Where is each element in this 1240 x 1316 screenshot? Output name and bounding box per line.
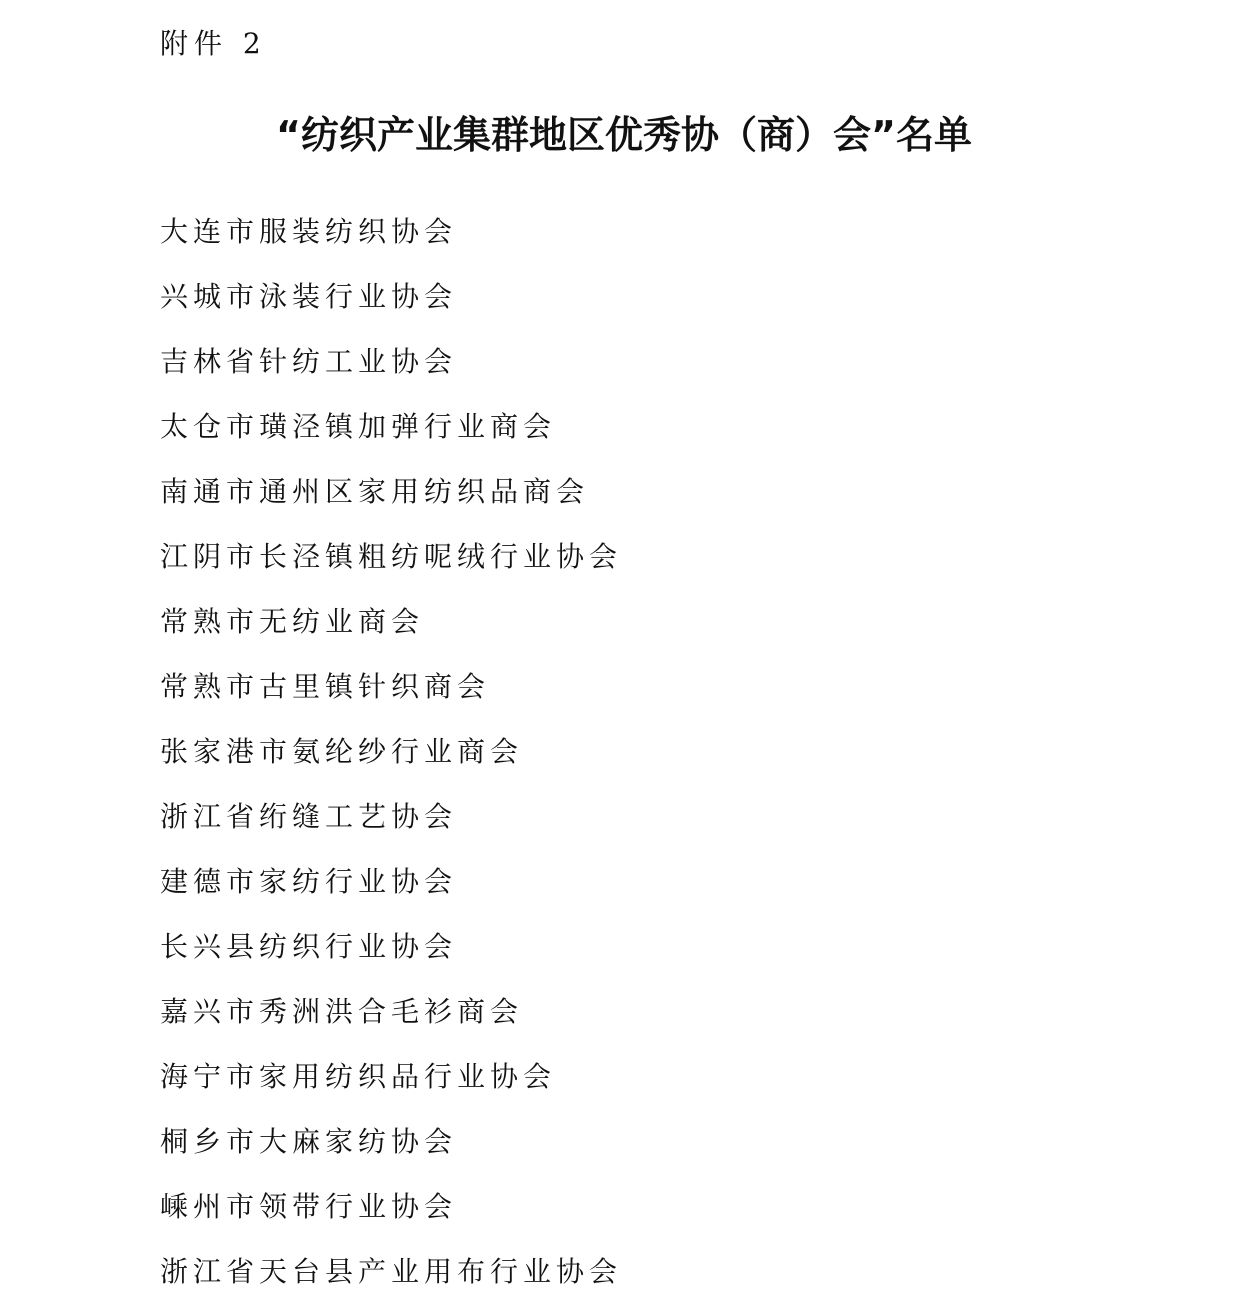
list-item: 桐乡市大麻家纺协会 [160,1120,622,1185]
list-item: 嘉兴市秀洲洪合毛衫商会 [160,990,622,1055]
list-item: 长兴县纺织行业协会 [160,925,622,990]
list-item: 大连市服装纺织协会 [160,210,622,275]
list-item: 江阴市长泾镇粗纺呢绒行业协会 [160,535,622,600]
page-title: “纺织产业集群地区优秀协（商）会”名单 [0,110,1240,160]
list-item: 常熟市古里镇针织商会 [160,665,622,730]
list-item: 南通市通州区家用纺织品商会 [160,470,622,535]
organization-list: 大连市服装纺织协会 兴城市泳装行业协会 吉林省针纺工业协会 太仓市璜泾镇加弹行业… [160,210,622,1315]
list-item: 海宁市家用纺织品行业协会 [160,1055,622,1120]
list-item: 张家港市氨纶纱行业商会 [160,730,622,795]
attachment-label: 附件 2 [160,24,267,64]
list-item: 浙江省绗缝工艺协会 [160,795,622,860]
list-item: 吉林省针纺工业协会 [160,340,622,405]
list-item: 浙江省天台县产业用布行业协会 [160,1250,622,1315]
list-item: 常熟市无纺业商会 [160,600,622,665]
list-item: 建德市家纺行业协会 [160,860,622,925]
list-item: 兴城市泳装行业协会 [160,275,622,340]
list-item: 太仓市璜泾镇加弹行业商会 [160,405,622,470]
list-item: 嵊州市领带行业协会 [160,1185,622,1250]
